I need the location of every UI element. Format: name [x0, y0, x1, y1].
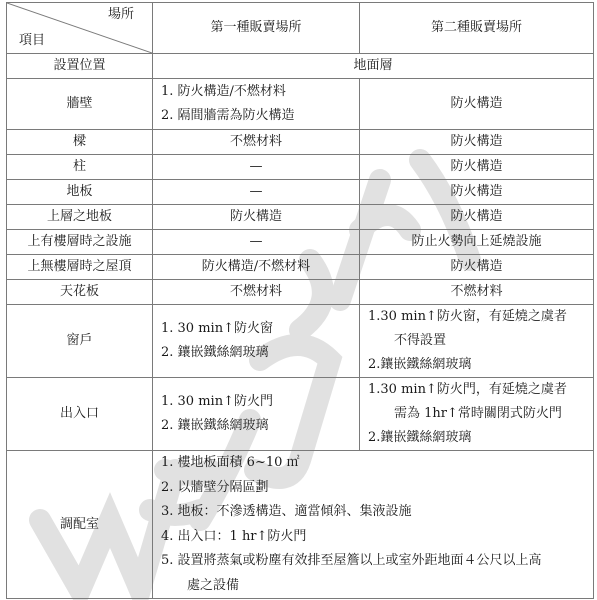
- table-row: 上層之地板 防火構造 防火構造: [7, 205, 594, 230]
- row-label: 上層之地板: [7, 205, 153, 230]
- row-label: 樑: [7, 130, 153, 155]
- merged-list-cell: 1. 樓地板面積 6~10 ㎡ 2. 以牆壁分隔區劃 3. 地板：不滲透構造、適…: [153, 451, 594, 599]
- row-label: 上無樓層時之屋頂: [7, 255, 153, 280]
- corner-label-venue: 場所: [108, 7, 134, 23]
- table-row: 樑 不燃材料 防火構造: [7, 130, 594, 155]
- list-item: 2.鑲嵌鐵絲網玻璃: [368, 353, 593, 377]
- type1-cell: —: [153, 155, 360, 180]
- type1-cell: —: [153, 180, 360, 205]
- type2-cell: 不燃材料: [360, 280, 594, 305]
- row-label: 天花板: [7, 280, 153, 305]
- type1-cell: 1. 30 min↑防火窗 2. 鑲嵌鐵絲網玻璃: [153, 305, 360, 378]
- type1-cell: 不燃材料: [153, 280, 360, 305]
- list-item: 3. 地板：不滲透構造、適當傾斜、集液設施: [161, 500, 593, 525]
- row-label: 上有樓層時之設施: [7, 230, 153, 255]
- list-item-continuation: 不得設置: [368, 329, 593, 353]
- type2-cell: 防止火勢向上延燒設施: [360, 230, 594, 255]
- type2-cell: 防火構造: [360, 180, 594, 205]
- type1-cell: —: [153, 230, 360, 255]
- type1-cell: 1. 防火構造/不燃材料 2. 隔間牆需為防火構造: [153, 79, 360, 130]
- row-label: 調配室: [7, 451, 153, 599]
- type1-cell: 不燃材料: [153, 130, 360, 155]
- table-row: 上無樓層時之屋頂 防火構造/不燃材料 防火構造: [7, 255, 594, 280]
- list-item: 2. 鑲嵌鐵絲網玻璃: [161, 341, 359, 365]
- table-row: 窗戶 1. 30 min↑防火窗 2. 鑲嵌鐵絲網玻璃 1.30 min↑防火窗…: [7, 305, 594, 378]
- list-item-continuation: 處之設備: [161, 574, 593, 599]
- list-item: 2. 以牆壁分隔區劃: [161, 476, 593, 501]
- row-label: 地板: [7, 180, 153, 205]
- list-item: 2.鑲嵌鐵絲網玻璃: [368, 426, 593, 450]
- type2-cell: 防火構造: [360, 130, 594, 155]
- header-type2: 第二種販賣場所: [360, 3, 594, 54]
- list-item: 1. 防火構造/不燃材料: [161, 80, 359, 104]
- corner-label-item: 項目: [19, 33, 45, 49]
- list-item: 1. 30 min↑防火窗: [161, 317, 359, 341]
- type2-cell: 1.30 min↑防火門，有延燒之虞者 需為 1hr↑常時關閉式防火門 2.鑲嵌…: [360, 378, 594, 451]
- row-label: 出入口: [7, 378, 153, 451]
- type2-cell: 防火構造: [360, 79, 594, 130]
- table-row: 天花板 不燃材料 不燃材料: [7, 280, 594, 305]
- row-label: 設置位置: [7, 54, 153, 79]
- table-row: 出入口 1. 30 min↑防火門 2. 鑲嵌鐵絲網玻璃 1.30 min↑防火…: [7, 378, 594, 451]
- table-row: 上有樓層時之設施 — 防止火勢向上延燒設施: [7, 230, 594, 255]
- list-item-continuation: 需為 1hr↑常時關閉式防火門: [368, 402, 593, 426]
- row-label: 柱: [7, 155, 153, 180]
- table-row: 地板 — 防火構造: [7, 180, 594, 205]
- table-row: 牆壁 1. 防火構造/不燃材料 2. 隔間牆需為防火構造 防火構造: [7, 79, 594, 130]
- list-item: 5. 設置將蒸氣或粉塵有效排至屋簷以上或室外距地面４公尺以上高: [161, 549, 593, 574]
- header-type1: 第一種販賣場所: [153, 3, 360, 54]
- table-row: 調配室 1. 樓地板面積 6~10 ㎡ 2. 以牆壁分隔區劃 3. 地板：不滲透…: [7, 451, 594, 599]
- list-item: 2. 鑲嵌鐵絲網玻璃: [161, 414, 359, 438]
- corner-header-cell: 場所 項目: [7, 3, 153, 54]
- merged-cell: 地面層: [153, 54, 594, 79]
- type1-cell: 1. 30 min↑防火門 2. 鑲嵌鐵絲網玻璃: [153, 378, 360, 451]
- type2-cell: 防火構造: [360, 155, 594, 180]
- list-item: 4. 出入口：1 hr↑防火門: [161, 525, 593, 550]
- header-row: 場所 項目 第一種販賣場所 第二種販賣場所: [7, 3, 594, 54]
- list-item: 1. 樓地板面積 6~10 ㎡: [161, 451, 593, 476]
- type1-cell: 防火構造: [153, 205, 360, 230]
- list-item: 1.30 min↑防火窗，有延燒之虞者: [368, 305, 593, 329]
- table-row: 設置位置 地面層: [7, 54, 594, 79]
- table-row: 柱 — 防火構造: [7, 155, 594, 180]
- list-item: 2. 隔間牆需為防火構造: [161, 104, 359, 128]
- type2-cell: 防火構造: [360, 205, 594, 230]
- type1-cell: 防火構造/不燃材料: [153, 255, 360, 280]
- fire-safety-spec-table: 場所 項目 第一種販賣場所 第二種販賣場所 設置位置 地面層 牆壁 1. 防火構…: [6, 2, 594, 599]
- list-item: 1. 30 min↑防火門: [161, 390, 359, 414]
- row-label: 牆壁: [7, 79, 153, 130]
- list-item: 1.30 min↑防火門，有延燒之虞者: [368, 378, 593, 402]
- type2-cell: 1.30 min↑防火窗，有延燒之虞者 不得設置 2.鑲嵌鐵絲網玻璃: [360, 305, 594, 378]
- type2-cell: 防火構造: [360, 255, 594, 280]
- row-label: 窗戶: [7, 305, 153, 378]
